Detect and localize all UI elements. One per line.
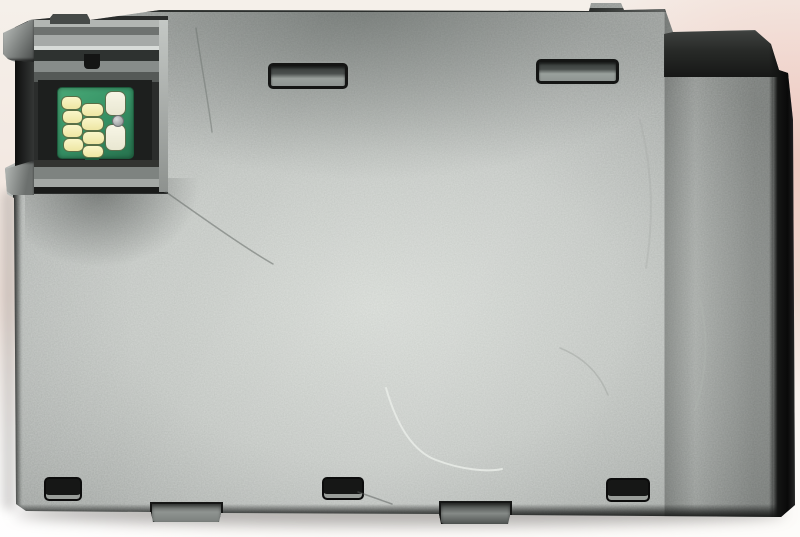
photo-scene [0, 0, 800, 537]
cast-shadow-left [2, 190, 16, 510]
surface-scratches [0, 0, 800, 537]
maintenance-box-body [0, 0, 800, 537]
